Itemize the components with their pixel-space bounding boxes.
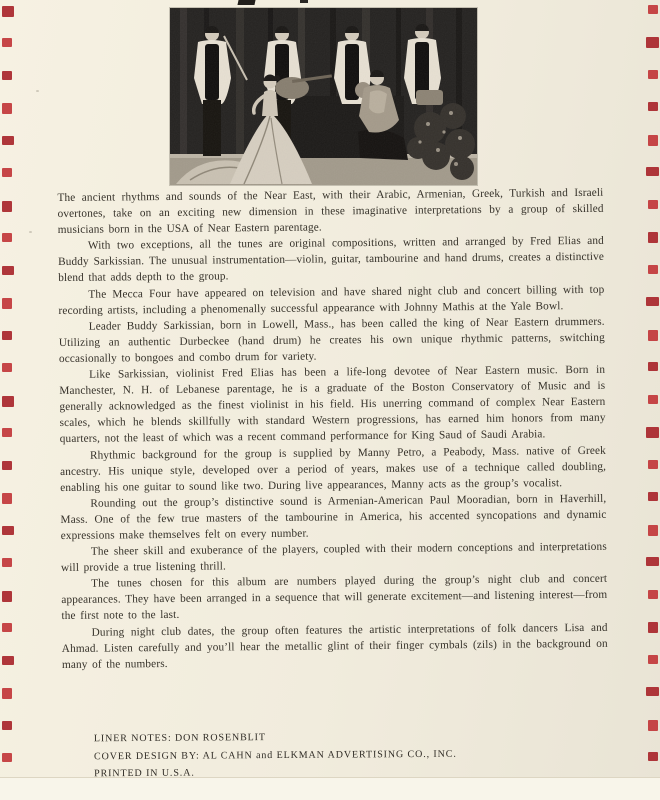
- cutoff-title-mark: [237, 0, 255, 5]
- liner-notes-text: The ancient rhythms and sounds of the Ne…: [57, 185, 608, 673]
- scan-edge-mark: [646, 167, 659, 176]
- scan-edge-mark: [648, 525, 658, 536]
- paper-speck: [36, 90, 39, 92]
- scan-edge-mark: [646, 557, 659, 566]
- scan-edge-mark: [648, 622, 658, 633]
- scan-edge-mark: [648, 720, 658, 731]
- scan-edge-mark: [2, 363, 12, 372]
- scan-edge-mark: [648, 395, 658, 404]
- liner-notes-paragraph: Like Sarkissian, violinist Fred Elias ha…: [59, 362, 606, 448]
- scan-edge-mark: [2, 428, 12, 437]
- scan-edge-mark: [2, 201, 12, 212]
- liner-notes-paragraph: The Mecca Four have appeared on televisi…: [58, 281, 604, 318]
- scan-edge-mark: [646, 297, 659, 306]
- liner-notes-paragraph: The ancient rhythms and sounds of the Ne…: [57, 185, 603, 239]
- scan-edge-mark: [2, 71, 12, 80]
- liner-notes-paragraph: With two exceptions, all the tunes are o…: [58, 233, 604, 287]
- cutoff-title-mark: [300, 0, 308, 3]
- scan-edge-mark: [2, 753, 12, 762]
- scan-edge-mark: [646, 687, 659, 696]
- liner-notes-paragraph: Rounding out the group’s distinctive sou…: [60, 491, 606, 545]
- scan-edge-mark: [648, 460, 658, 469]
- band-photo: [170, 8, 477, 185]
- scan-edge-mark: [2, 136, 14, 145]
- scan-edge-mark: [2, 656, 14, 665]
- scan-edge-mark: [648, 232, 658, 243]
- liner-notes-paragraph: Rhythmic background for the group is sup…: [60, 442, 606, 496]
- scan-edge-mark: [2, 493, 12, 504]
- scan-edge-mark: [2, 103, 12, 114]
- scan-edge-mark: [2, 558, 12, 567]
- scan-edge-mark: [646, 427, 659, 438]
- scan-edge-mark: [2, 591, 12, 602]
- liner-notes-paragraph: The tunes chosen for this album are numb…: [61, 571, 607, 625]
- scan-edge-mark: [648, 5, 658, 14]
- scan-edge-mark: [2, 6, 14, 17]
- scan-edge-mark: [648, 102, 658, 111]
- scan-edge-mark: [648, 70, 658, 79]
- scan-edge-mark: [2, 331, 12, 340]
- band-photo-illustration: [170, 8, 477, 185]
- scan-edge-mark: [648, 362, 658, 371]
- scan-edge-mark: [648, 135, 658, 146]
- scan-edge-mark: [2, 526, 14, 535]
- scan-edge-mark: [2, 233, 12, 242]
- scan-edge-mark: [2, 461, 12, 470]
- scan-edge-mark: [648, 265, 658, 274]
- liner-notes-paragraph: During night club dates, the group often…: [62, 619, 608, 673]
- liner-notes-paragraph: Leader Buddy Sarkissian, born in Lowell,…: [59, 314, 605, 368]
- scan-edge-mark: [2, 721, 12, 730]
- scan-edge-mark: [2, 266, 14, 275]
- scan-edge-mark: [2, 38, 12, 47]
- scan-edge-mark: [2, 396, 14, 407]
- scan-edge-mark: [648, 752, 658, 761]
- scan-edge-mark: [2, 688, 12, 699]
- scan-edge-mark: [648, 590, 658, 599]
- paper-bottom-edge: [0, 777, 660, 800]
- scanned-page: The ancient rhythms and sounds of the Ne…: [0, 0, 660, 800]
- scan-edge-mark: [2, 168, 12, 177]
- scan-edge-mark: [648, 200, 658, 209]
- scan-edge-mark: [648, 492, 658, 501]
- credit-cover-design: COVER DESIGN BY: AL CAHN and ELKMAN ADVE…: [94, 745, 457, 765]
- paper-speck: [29, 231, 32, 233]
- scan-edge-mark: [648, 330, 658, 341]
- credits-block: LINER NOTES: DON ROSENBLIT COVER DESIGN …: [94, 728, 457, 783]
- scan-edge-mark: [2, 298, 12, 309]
- liner-notes-paragraph: The sheer skill and exuberance of the pl…: [61, 539, 607, 576]
- scan-edge-mark: [2, 623, 12, 632]
- scan-edge-mark: [648, 655, 658, 664]
- scan-edge-mark: [646, 37, 659, 48]
